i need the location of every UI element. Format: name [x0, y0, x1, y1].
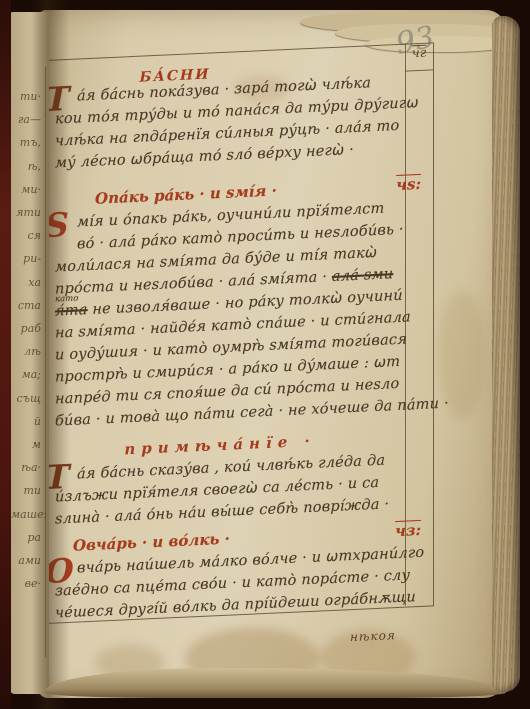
fore-edge-pages: [492, 16, 520, 692]
struck-text: ала́ ѕми: [332, 266, 393, 285]
manuscript-photo: 93 чг БА́СНИ Та́я ба́снь пока́зува · зар…: [0, 0, 530, 709]
fable-number: чз:: [395, 520, 433, 540]
paragraph-moral-1: Та́я ба́снь пока́зува · зара́ тогѡ̀ члѣ́…: [55, 72, 435, 177]
text-block: 93 чг БА́СНИ Та́я ба́снь пока́зува · зар…: [0, 0, 530, 709]
fable-number: чѕ:: [396, 174, 433, 194]
gutter-shadow: [30, 0, 70, 709]
catchword: нѣкоя: [350, 628, 396, 644]
book-binding-edge: [0, 0, 11, 709]
folio-numeral: чг: [406, 45, 432, 61]
paragraph-fable-1: Ѕмі́я и о́пакь ра́кь, оучини́ли прїя́тел…: [55, 198, 435, 435]
